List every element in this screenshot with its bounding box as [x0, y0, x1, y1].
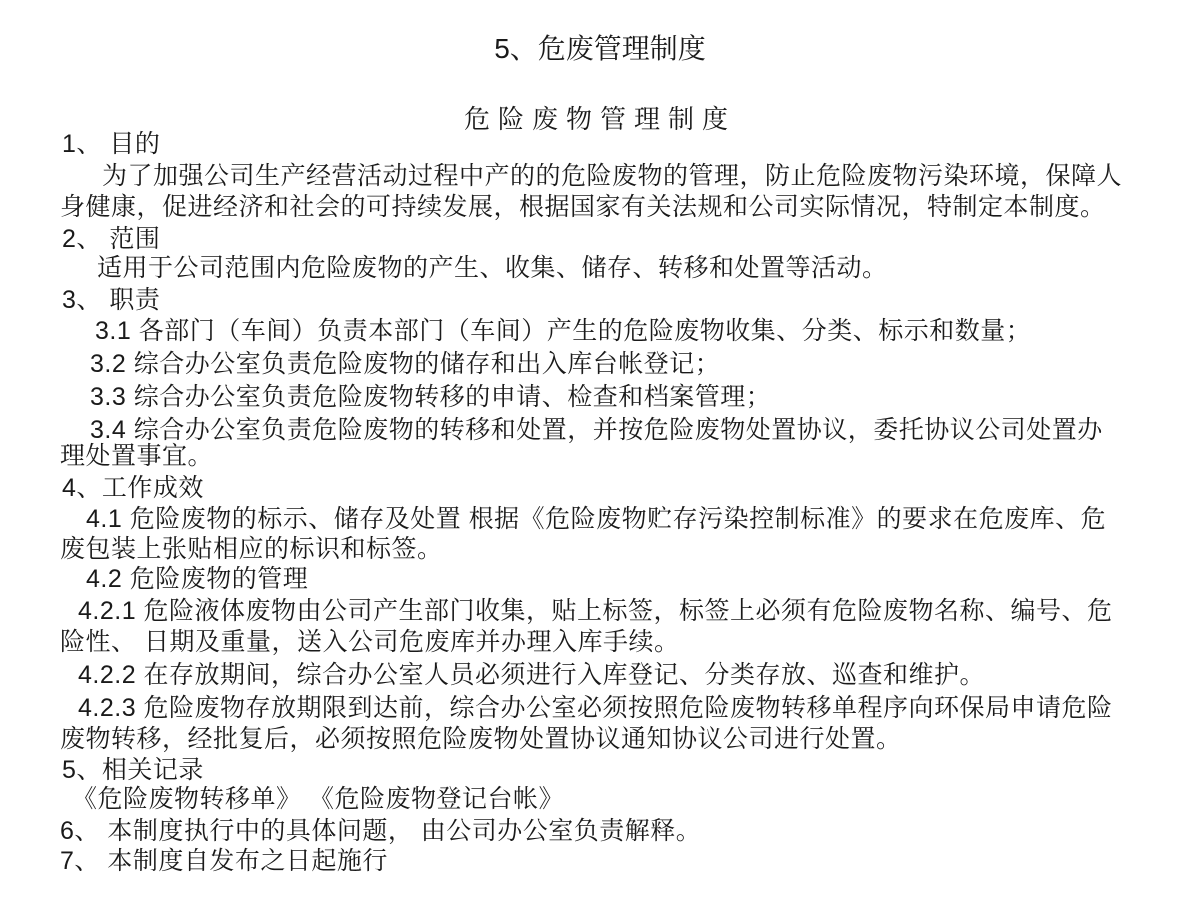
text-line: 4.2.3 危险废物存放期限到达前，综合办公室必须按照危险废物转移单程序向环保局…: [78, 695, 1113, 722]
doc-title: 5、危废管理制度: [0, 27, 1200, 67]
text-line: 3.3 综合办公室负责危险废物转移的申请、检查和档案管理；: [90, 384, 771, 411]
text-line: 4.1 危险废物的标示、储存及处置 根据《危险废物贮存污染控制标准》的要求在危废…: [86, 506, 1106, 533]
text-line: 险性、 日期及重量，送入公司危废库并办理入库手续。: [60, 629, 679, 656]
text-line: 3.2 综合办公室负责危险废物的储存和出入库台帐登记；: [90, 351, 720, 378]
section-heading-purpose: 1、 目的: [62, 131, 160, 158]
text-line: 4.2.2 在存放期间，综合办公室人员必须进行入库登记、分类存放、巡查和维护。: [78, 662, 985, 689]
section-heading-interpretation: 6、 本制度执行中的具体问题， 由公司办公室负责解释。: [60, 818, 701, 845]
text-line: 《危险废物转移单》 《危险废物登记台帐》: [72, 786, 564, 813]
section-heading-results: 4、工作成效: [62, 475, 204, 502]
doc-subtitle: 危险废物管理制度: [0, 99, 1200, 136]
text-line: 废包装上张贴相应的标识和标签。: [60, 536, 443, 563]
section-heading-duties: 3、 职责: [62, 287, 160, 314]
section-heading-records: 5、相关记录: [62, 757, 204, 784]
text-line: 适用于公司范围内危险废物的产生、收集、储存、转移和处置等活动。: [97, 255, 888, 282]
section-heading-effective-date: 7、 本制度自发布之日起施行: [60, 848, 388, 875]
section-heading-scope: 2、 范围: [62, 226, 160, 253]
text-line: 废物转移，经批复后，必须按照危险废物处置协议通知协议公司进行处置。: [60, 726, 902, 753]
text-line: 4.2 危险废物的管理: [86, 566, 308, 593]
text-line: 4.2.1 危险液体废物由公司产生部门收集，贴上标签，标签上必须有危险废物名称、…: [78, 598, 1113, 625]
document-page: 5、危废管理制度 危险废物管理制度 1、 目的 为了加强公司生产经营活动过程中产…: [0, 0, 1200, 907]
text-line: 3.4 综合办公室负责危险废物的转移和处置，并按危险废物处置协议，委托协议公司处…: [90, 417, 1103, 444]
text-line: 3.1 各部门（车间）负责本部门（车间）产生的危险废物收集、分类、标示和数量；: [95, 318, 1031, 345]
text-line: 理处置事宜。: [60, 443, 213, 470]
text-line: 身健康，促进经济和社会的可持续发展，根据国家有关法规和公司实际情况，特制定本制度…: [60, 194, 1106, 221]
text-line: 为了加强公司生产经营活动过程中产的的危险废物的管理，防止危险废物污染环境，保障人: [102, 163, 1122, 190]
